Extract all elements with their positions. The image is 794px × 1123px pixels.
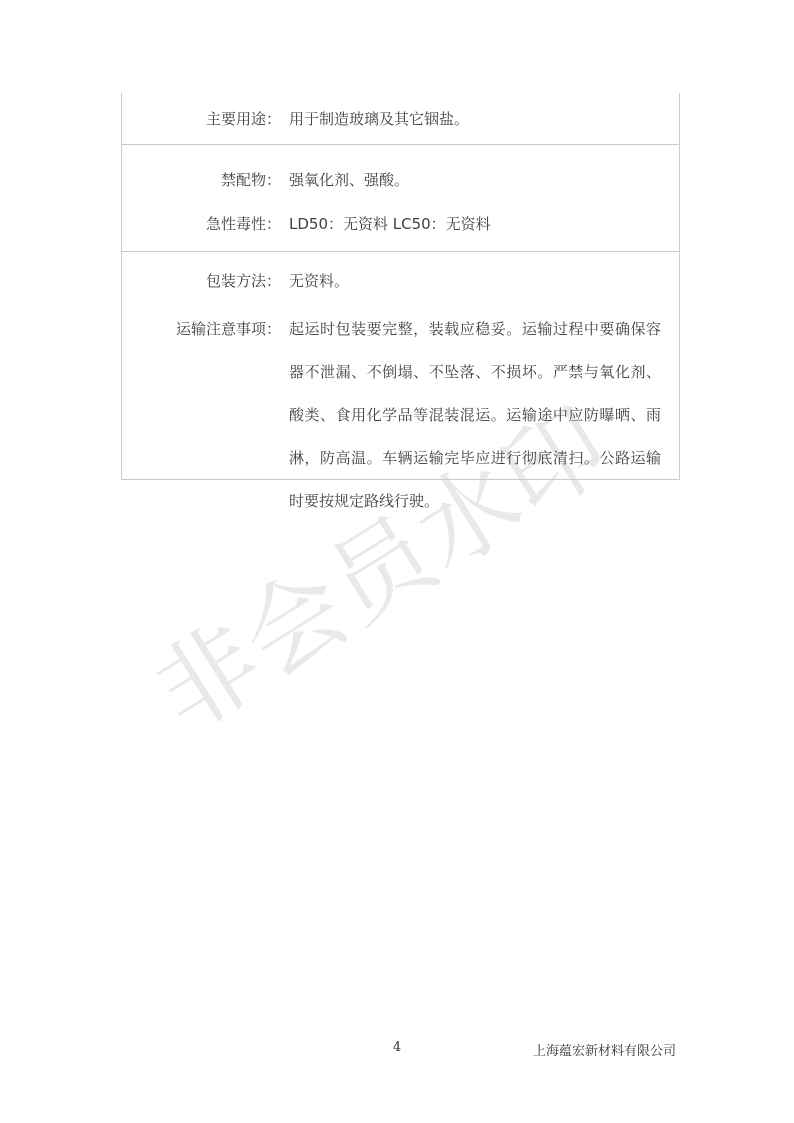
properties-table: 主要用途： 用于制造玻璃及其它铟盐。 禁配物： 强氧化剂、强酸。 急性毒性： L… [121,93,680,480]
table-section-transport: 包装方法： 无资料。 运输注意事项： 起运时包装要完整，装载应稳妥。运输过程中要… [122,252,679,480]
property-label: 主要用途： [122,97,281,141]
page-footer: 4 上海蕴宏新材料有限公司 [0,1040,794,1060]
document-page: 非会员水印 主要用途： 用于制造玻璃及其它铟盐。 禁配物： 强氧化剂、强酸。 急… [0,0,794,1123]
property-label: 急性毒性： [122,202,281,246]
property-row-incompatibilities: 禁配物： 强氧化剂、强酸。 [122,158,679,202]
table-section-hazard: 禁配物： 强氧化剂、强酸。 急性毒性： LD50：无资料 LC50：无资料 [122,145,679,252]
property-value: LD50：无资料 LC50：无资料 [281,202,679,246]
table-section-usage: 主要用途： 用于制造玻璃及其它铟盐。 [122,93,679,145]
property-row-acute-toxicity: 急性毒性： LD50：无资料 LC50：无资料 [122,202,679,246]
property-label: 禁配物： [122,158,281,202]
property-label: 运输注意事项： [122,308,281,351]
property-row-transport-notes: 运输注意事项： 起运时包装要完整，装载应稳妥。运输过程中要确保容器不泄漏、不倒塌… [122,308,679,523]
property-row-main-usage: 主要用途： 用于制造玻璃及其它铟盐。 [122,97,679,141]
property-value: 无资料。 [281,259,679,303]
property-row-packaging-method: 包装方法： 无资料。 [122,259,679,303]
property-value: 用于制造玻璃及其它铟盐。 [281,97,679,141]
property-value: 起运时包装要完整，装载应稳妥。运输过程中要确保容器不泄漏、不倒塌、不坠落、不损坏… [281,308,679,523]
company-name: 上海蕴宏新材料有限公司 [533,1040,676,1059]
property-label: 包装方法： [122,259,281,303]
property-value: 强氧化剂、强酸。 [281,158,679,202]
